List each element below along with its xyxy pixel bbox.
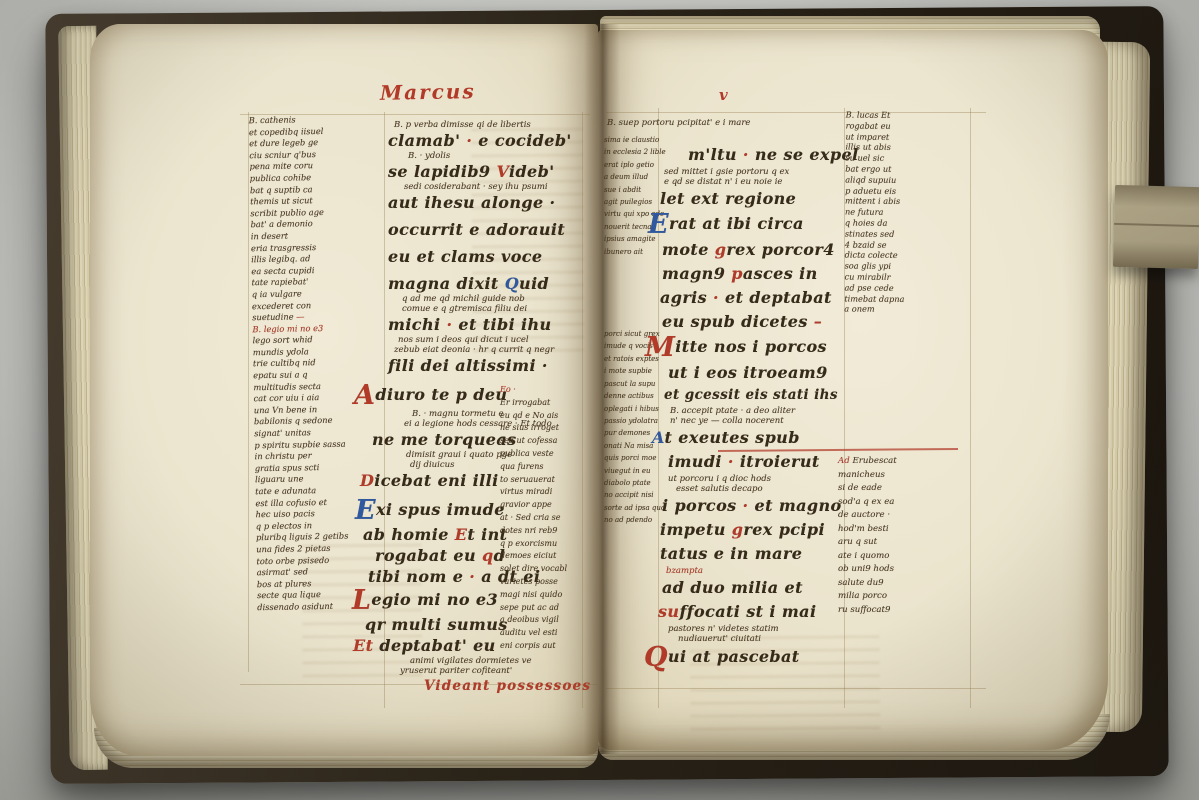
text-line: se lapidib9 Videb' <box>388 161 600 182</box>
text-segment: pur demones <box>604 429 650 437</box>
text-segment: deptabat' eu <box>373 636 495 655</box>
text-line: a deoibus vigil <box>500 614 600 627</box>
text-segment: sepe put ac ad <box>500 603 559 612</box>
text-segment: auditu vel esti <box>500 628 557 637</box>
text-line: eu qd e No ais <box>500 410 600 423</box>
text-segment: q hoies da <box>845 218 888 228</box>
text-segment: uid <box>519 274 549 293</box>
text-segment: virtus miradi <box>500 487 552 496</box>
text-segment: ad duo milia et <box>662 578 803 597</box>
text-segment: Erubescat <box>850 456 897 466</box>
text-line: imudi · itroierut <box>668 450 866 474</box>
text-line: pastores n' videtes statim <box>668 624 866 634</box>
text-segment: oplegati i hibus <box>604 405 659 413</box>
text-line: zebub eiat deonia · hr q currit q negr <box>394 345 600 355</box>
text-line: comue e q gtremisca filiu dei <box>402 304 600 314</box>
text-line: aru q sut <box>838 536 982 550</box>
text-segment: pascut la supu <box>604 380 655 388</box>
text-segment: qua furens <box>500 462 544 471</box>
text-segment: B. · magnu tormetu e <box>412 409 504 419</box>
text-segment: E <box>355 495 376 526</box>
text-line: ate i quomo <box>838 550 982 564</box>
text-segment: babilonis q sedone <box>254 415 333 426</box>
text-segment: asces in <box>743 264 818 283</box>
text-segment: q ad me qd michil guide nob <box>402 294 525 304</box>
text-line: milia porco <box>838 590 982 604</box>
text-line: mote grex porcor4 <box>662 238 866 262</box>
text-segment: et tibi ihu <box>458 315 551 334</box>
text-line: solet dire vocabl <box>500 563 600 576</box>
text-segment: ibunero ait <box>604 248 643 256</box>
text-segment: eu et clams voce <box>388 247 543 266</box>
text-line: viuegut in eu <box>604 465 666 477</box>
strap-stitching <box>1114 223 1199 227</box>
text-line: sedi cosiderabant · sey ihu psumi <box>404 182 600 192</box>
text-segment: su <box>658 602 679 621</box>
text-line: let ext regione <box>660 187 866 211</box>
text-segment: A <box>354 380 375 411</box>
text-segment: E <box>648 209 669 240</box>
text-segment: epatu sui a q <box>253 369 307 380</box>
text-segment: timebat dapna <box>844 293 904 303</box>
book-clasp-strap <box>1113 185 1199 269</box>
text-line: virtus miradi <box>500 486 600 499</box>
text-line: ob uni9 hods <box>838 563 982 577</box>
text-segment: clamab' <box>388 131 460 150</box>
text-line: diabolo ptate <box>604 477 666 489</box>
text-segment: · <box>722 452 740 471</box>
text-segment: Q <box>644 642 668 673</box>
text-segment: suetudine <box>252 312 296 323</box>
text-line: agris · et deptabat <box>660 286 866 310</box>
text-segment: rogabat eu <box>375 546 482 565</box>
text-line: tatus e in mare <box>660 542 866 566</box>
text-line: sima ie claustio <box>604 134 666 146</box>
text-segment: excederet con <box>252 300 311 311</box>
text-segment: ad pse cede <box>844 282 893 292</box>
text-line: e qd se distat n' i eu noie ie <box>664 177 866 187</box>
text-segment: dotes nri reb9 <box>500 526 557 535</box>
text-segment: publica cohibe <box>250 172 312 183</box>
text-line: agit puilegios <box>604 196 666 208</box>
text-segment: m'ltu <box>688 145 737 164</box>
text-segment: aut ihesu alonge · <box>388 193 556 212</box>
text-segment: varietes posse <box>500 577 558 586</box>
text-line: manicheus <box>838 469 982 483</box>
text-segment: magna dixit <box>388 274 505 293</box>
right-inner-gloss-column: sima ie claustioin ecclesia 2 libleerat … <box>604 134 666 527</box>
text-segment: no accipit nisi <box>604 491 654 499</box>
text-segment: — <box>296 311 304 321</box>
text-segment: Videant possessoes <box>424 678 591 694</box>
text-segment: a deoibus vigil <box>500 615 559 624</box>
text-segment: themis ut sicut <box>250 195 313 206</box>
text-line: ut i eos itroeam9 <box>668 361 866 385</box>
text-segment: V <box>496 162 509 181</box>
text-segment: diabolo ptate <box>604 479 651 487</box>
text-segment: ut i eos itroeam9 <box>668 363 828 382</box>
text-segment: multitudis secta <box>253 381 321 392</box>
right-margin-gloss-lower: Ad Erubescatmanicheussi de eadesod'a q e… <box>838 455 982 617</box>
text-segment: q p electos in <box>256 520 312 531</box>
text-line: Er irrogabat <box>500 397 600 410</box>
text-segment: pastores n' videtes statim <box>668 624 779 634</box>
text-line: aut ihesu alonge · <box>388 192 600 213</box>
text-line: pascut la supu <box>604 378 666 390</box>
text-line <box>604 258 666 328</box>
text-segment: egio mi no e3 <box>371 590 498 609</box>
text-segment: · <box>707 288 725 307</box>
text-segment: itroierut <box>740 452 820 471</box>
text-segment: B. cathenis <box>249 114 296 125</box>
text-segment: tibi nom e <box>368 567 469 586</box>
text-line: a deum illud <box>604 171 666 183</box>
text-segment: liguaru une <box>255 474 304 485</box>
text-line: nos sum i deos qui dicut i ucel <box>398 335 600 345</box>
text-segment: nouerit tecna <box>604 223 652 231</box>
text-segment: sue i abdit <box>604 186 641 194</box>
text-segment: ate i quomo <box>838 551 889 561</box>
text-segment: yruserut pariter cofiteant' <box>400 666 512 676</box>
text-line: clamab' · e cocideb' <box>388 130 600 151</box>
text-line: sod'a q ex ea <box>838 496 982 510</box>
text-segment: lego sort whid <box>253 334 313 345</box>
text-line: eu et clams voce <box>388 246 600 267</box>
text-segment: imudi <box>668 452 722 471</box>
text-line: in ecclesia 2 lible <box>604 146 666 158</box>
text-segment: tate e adunata <box>255 485 316 496</box>
text-segment: bat q suptib ca <box>250 184 313 195</box>
text-segment: B. accepit ptate · a deo aliter <box>670 406 795 416</box>
text-line: magn9 pasces in <box>662 262 866 286</box>
text-segment: cat cor uiu i aia <box>254 392 320 403</box>
text-segment: p spiritu supbie sassa <box>254 438 345 450</box>
text-line: quis porci moe <box>604 452 666 464</box>
text-segment: solet dire vocabl <box>500 564 567 573</box>
text-line: m'ltu · ne se expel <box>688 143 866 167</box>
text-line: eni corpis aut <box>500 640 600 653</box>
text-segment: se lapidib9 <box>388 162 496 181</box>
text-segment: eu qd e No ais <box>500 411 558 420</box>
text-line: q p exorcismu <box>500 538 600 551</box>
text-segment: bzampta <box>666 566 703 576</box>
text-segment: hec uiso pacis <box>256 508 315 519</box>
text-line: no ad pdendo <box>604 514 666 526</box>
text-segment: publica veste <box>500 449 554 458</box>
text-segment: E <box>455 525 468 544</box>
text-segment: dimisit graui i quato pge <box>406 450 512 460</box>
text-line: si de eade <box>838 482 982 496</box>
text-segment: nudiauerut' ciuitati <box>678 634 761 644</box>
text-segment: i porcos <box>662 496 737 515</box>
text-segment: Eo · <box>500 385 516 394</box>
text-segment: q p exorcismu <box>500 539 557 548</box>
text-segment: tatus e in mare <box>660 544 802 563</box>
text-segment: q ia vulgare <box>252 288 302 299</box>
text-segment: xi spus imude <box>376 500 505 519</box>
text-line: Mitte nos i porcos <box>645 334 866 361</box>
text-segment: · <box>737 496 755 515</box>
text-segment: magi nisi quido <box>500 590 562 599</box>
text-segment: ui at pascebat <box>668 647 800 666</box>
text-segment: asirmat' sed <box>257 566 309 577</box>
text-segment: soa glis ypi <box>845 261 891 271</box>
text-line: B. accepit ptate · a deo aliter <box>670 406 866 416</box>
text-segment: de auctore · <box>838 510 890 520</box>
text-line: publica veste <box>500 448 600 461</box>
ruling-line <box>248 112 249 672</box>
text-line: de auctore · <box>838 509 982 523</box>
text-segment: diuro te p deu <box>375 385 507 404</box>
text-segment: · <box>460 131 478 150</box>
text-segment: in desert <box>251 231 288 242</box>
text-segment: et magno <box>754 496 841 515</box>
text-line: B. · ydolis <box>408 151 600 161</box>
text-line: magna dixit Quid <box>388 273 600 294</box>
text-segment: ffocati st i mai <box>679 602 816 621</box>
text-segment: pena mite coru <box>249 161 313 172</box>
text-segment: eu spub dicetes <box>662 312 814 331</box>
text-segment: pluribq liguis 2 getibs <box>256 531 349 543</box>
text-segment: rex porcor4 <box>726 240 834 259</box>
text-line: Ad Erubescat <box>838 455 982 469</box>
text-line: impetu grex pcipi <box>660 518 866 542</box>
text-segment: denne actibus <box>604 392 654 400</box>
text-line: nudiauerut' ciuitati <box>678 634 866 644</box>
text-segment: illis legibq. ad <box>251 253 310 264</box>
text-segment: illis ut abis <box>845 142 890 152</box>
text-line: i mote supbie <box>604 365 666 377</box>
text-segment: si de eade <box>838 483 882 493</box>
text-line: ut porcoru i q dioc hods <box>668 474 866 484</box>
text-line: erat iplo getio <box>604 159 666 171</box>
text-segment: ne se expel <box>755 145 859 164</box>
text-segment: sed mittet i gsie portoru q ex <box>664 167 789 177</box>
text-segment: to seruauerat <box>500 475 555 484</box>
text-segment: stinates sed <box>845 228 895 238</box>
text-segment: dij diuicus <box>410 460 454 470</box>
text-segment: mittent i abis <box>845 196 900 206</box>
text-segment: in christu per <box>255 450 312 461</box>
text-line: hod'm besti <box>838 523 982 537</box>
text-segment: D <box>360 471 374 490</box>
text-line: occurrit e adorauit <box>388 219 600 240</box>
text-segment: n' nec ye — colla nocerent <box>670 416 784 426</box>
text-segment: ab homie <box>363 525 455 544</box>
text-segment: una Vn bene in <box>254 404 318 415</box>
text-segment: g <box>715 240 727 259</box>
text-line: suffocati st i mai <box>658 600 866 624</box>
text-segment: sedi cosiderabant · sey ihu psumi <box>404 182 548 192</box>
text-segment: 4 bzaid se <box>845 239 887 249</box>
text-line: to seruauerat <box>500 474 600 487</box>
text-segment: i mote supbie <box>604 367 652 375</box>
text-segment: ru suffocat9 <box>838 605 890 615</box>
text-segment: ea secta cupidi <box>251 265 314 276</box>
text-segment: icebat eni illi <box>374 471 498 490</box>
text-segment: comue e q gtremisca filiu dei <box>402 304 527 314</box>
text-segment: ne futura <box>845 207 883 217</box>
photo-scene: Marcus v B. catheniset copedibq iisuelet… <box>0 0 1199 800</box>
text-segment: fili dei altissimi · <box>388 356 548 375</box>
text-segment: toto orbe psisedo <box>256 554 329 565</box>
text-segment: aliqd supuiu <box>845 174 896 184</box>
text-segment: ob uni9 hods <box>838 564 894 574</box>
text-segment: g <box>732 520 744 539</box>
text-segment: at · Sed cria se <box>500 513 561 522</box>
text-line: bzampta <box>666 566 866 576</box>
text-line: Qui at pascebat <box>644 644 866 671</box>
text-line: michi · et tibi ihu <box>388 314 600 335</box>
text-segment: ne sius irroget <box>500 423 559 432</box>
text-segment: nos sum i deos qui dicut i ucel <box>398 335 529 345</box>
text-line: At exeutes spub <box>652 426 866 450</box>
text-segment: q <box>482 546 494 565</box>
text-line: varietes posse <box>500 576 600 589</box>
text-line: denne actibus <box>604 390 666 402</box>
text-segment: a onem <box>844 304 874 314</box>
text-segment: mote <box>662 240 715 259</box>
text-segment: Er irrogabat <box>500 398 550 407</box>
text-line: magi nisi quido <box>500 589 600 602</box>
text-segment: su uel sic <box>845 153 884 163</box>
text-line: n' nec ye — colla nocerent <box>670 416 866 426</box>
text-segment: p aduetu eis <box>845 185 896 195</box>
text-segment: gravior appe <box>500 500 552 509</box>
text-segment: et copedibq iisuel <box>249 126 324 137</box>
text-segment: e cocideb' <box>478 131 571 150</box>
text-line: at · Sed cria se <box>500 512 600 525</box>
text-segment: ne me torqueas <box>372 430 517 449</box>
text-line: sue i abdit <box>604 184 666 196</box>
text-segment: salute du9 <box>838 578 884 588</box>
right-main-text-column: m'ltu · ne se expelsed mittet i gsie por… <box>660 143 866 671</box>
text-segment: ut imparet <box>845 131 889 141</box>
text-line: ad duo milia et <box>662 576 866 600</box>
left-page-running-title: Marcus <box>380 79 476 105</box>
text-line: ibunero ait <box>604 246 666 258</box>
text-segment: onati Na misa <box>604 442 653 450</box>
text-segment: rex pcipi <box>743 520 825 539</box>
text-segment: aru q sut <box>838 537 877 547</box>
text-line: dotes nri reb9 <box>500 525 600 538</box>
text-line: no accipit nisi <box>604 489 666 501</box>
text-segment: occurrit e adorauit <box>388 220 565 239</box>
text-segment: · <box>737 145 755 164</box>
text-segment: magn9 <box>662 264 731 283</box>
text-segment: dicta colecte <box>845 250 898 260</box>
text-segment: erat iplo getio <box>604 161 654 169</box>
text-segment: gratia spus scti <box>255 462 320 473</box>
text-segment: bos at plures <box>257 578 312 589</box>
text-line: sorte ad ipsa quo <box>604 502 666 514</box>
text-segment: demoes eiciut <box>500 551 556 560</box>
text-segment: et gcessit eis stati ihs <box>664 387 838 403</box>
text-segment: est illa cofusio et <box>255 497 327 508</box>
text-segment: zebub eiat deonia · hr q currit q negr <box>394 345 554 355</box>
text-segment: passio ydolatra <box>604 417 658 425</box>
text-segment: t exeutes spub <box>665 428 800 447</box>
text-line: auditu vel esti <box>500 627 600 640</box>
text-line: salute du9 <box>838 577 982 591</box>
text-line: eu spub dicetes – <box>662 310 866 334</box>
text-segment: manicheus <box>838 470 885 480</box>
text-segment: animi vigilates dormietes ve <box>410 656 532 666</box>
text-segment: · <box>440 315 458 334</box>
text-segment: rogabat eu <box>846 120 891 130</box>
text-segment: esset salutis decapo <box>676 484 763 494</box>
text-segment: Q <box>505 274 519 293</box>
text-line: et gcessit eis stati ihs <box>664 385 866 406</box>
text-segment: A <box>652 428 665 447</box>
text-segment: sima ie claustio <box>604 136 659 144</box>
text-line: qua furens <box>500 461 600 474</box>
text-segment: tate rapiebat' <box>251 277 308 288</box>
text-segment: in ecclesia 2 lible <box>604 148 666 156</box>
text-line: ne sius irroget <box>500 422 600 435</box>
text-line: sepe put ac ad <box>500 602 600 615</box>
text-segment: viuegut in eu <box>604 467 651 475</box>
text-line: ru suffocat9 <box>838 604 982 618</box>
text-segment: sod'a q ex ea <box>838 497 894 507</box>
text-segment: michi <box>388 315 440 334</box>
text-segment: rat at ibi circa <box>669 214 804 233</box>
text-segment: hod'm besti <box>838 524 889 534</box>
text-segment: una fides 2 pietas <box>256 543 330 554</box>
text-segment: ut porcoru i q dioc hods <box>668 474 771 484</box>
text-segment: impetu <box>660 520 732 539</box>
text-segment: et deptabat <box>725 288 832 307</box>
text-segment: M <box>645 332 675 363</box>
text-segment: mundis ydola <box>253 346 309 357</box>
text-segment: qr multi sumus <box>365 615 508 634</box>
text-line: sed mittet i gsie portoru q ex <box>664 167 866 177</box>
text-line: Eo · <box>500 384 600 397</box>
text-line: gravior appe <box>500 499 600 512</box>
text-segment: et dure legeb ge <box>249 137 318 148</box>
text-segment: ideb' <box>509 162 555 181</box>
rubric-line: Videant possessoes <box>424 676 600 696</box>
text-segment: L <box>352 585 371 616</box>
text-segment: let ext regione <box>660 189 796 208</box>
right-margin-gloss-upper: B. lucas Etrogabat euut imparetillis ut … <box>844 110 979 316</box>
text-segment: signat' unitas <box>254 427 311 438</box>
text-segment: agris <box>660 288 707 307</box>
text-line: animi vigilates dormietes ve <box>410 656 600 666</box>
text-line: Erat at ibi circa <box>648 211 866 238</box>
text-segment: dissenado asidunt <box>257 601 333 612</box>
text-line: oplegati i hibus <box>604 403 666 415</box>
text-segment: itte nos i porcos <box>675 337 827 356</box>
text-segment: no ad pdendo <box>604 516 652 524</box>
text-segment: cu mirabilr <box>845 271 891 281</box>
text-line: fili dei altissimi · <box>388 355 600 376</box>
text-segment: a deum illud <box>604 173 648 181</box>
text-segment: B. · ydolis <box>408 151 450 161</box>
text-segment: Et <box>353 636 373 655</box>
text-line: B. p verba dimisse qi de libertis <box>394 120 600 130</box>
text-segment: bat' a demonio <box>250 219 312 230</box>
right-page-chapter-numeral: v <box>719 86 728 104</box>
text-segment: bat ergo ut <box>845 164 891 174</box>
text-segment: B. p verba dimisse qi de libertis <box>394 120 531 130</box>
text-segment: – <box>814 312 822 331</box>
text-segment: secte qua lique <box>257 589 321 600</box>
text-line: yruserut pariter cofiteant' <box>400 666 600 676</box>
text-segment: eni corpis aut <box>500 641 556 650</box>
text-line: sed ut cofessa <box>500 435 600 448</box>
text-line: a onem <box>844 304 978 316</box>
